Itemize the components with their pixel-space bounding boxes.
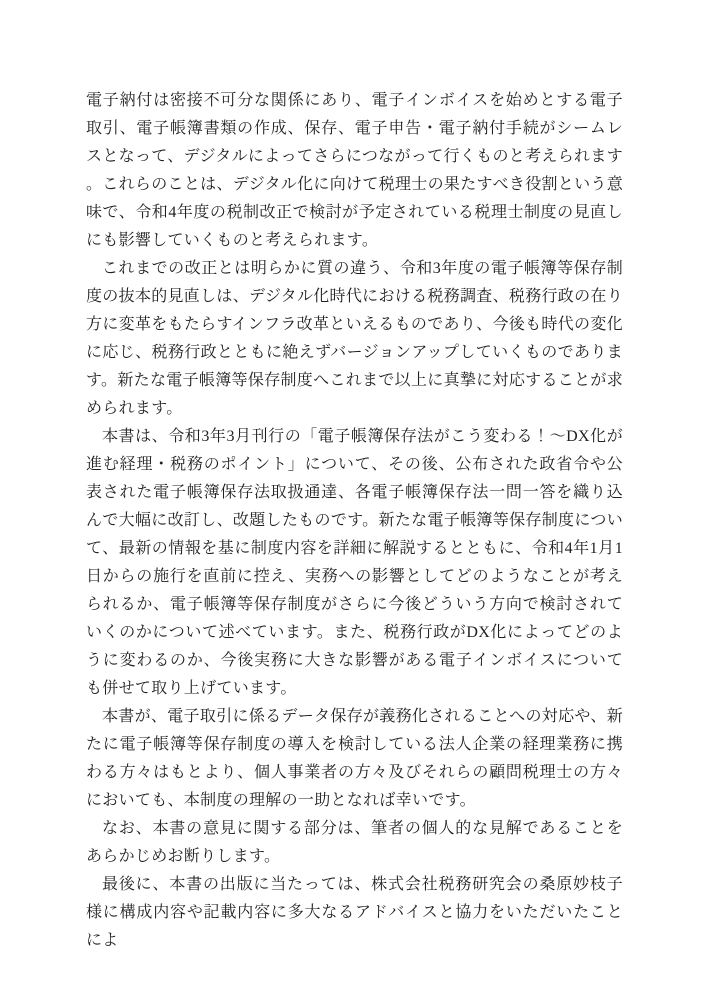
document-page: 電子納付は密接不可分な関係にあり、電子インボイスを始めとする電子取引、電子帳簿書… <box>0 0 704 1000</box>
paragraph-about-this-book: 本書は、令和3年3月刊行の「電子帳簿保存法がこう変わる！～DX化が進む経理・税務… <box>86 423 623 703</box>
paragraph-acknowledgements: 最後に、本書の出版に当たっては、株式会社税務研究会の桑原妙枝子様に構成内容や記載… <box>86 871 623 955</box>
paragraph-reiwa3-revision: これまでの改正とは明らかに質の違う、令和3年度の電子帳簿等保存制度の抜本的見直し… <box>86 255 623 423</box>
paragraph-disclaimer: なお、本書の意見に関する部分は、筆者の個人的な見解であることをあらかじめお断りし… <box>86 815 623 871</box>
body-text: 電子納付は密接不可分な関係にあり、電子インボイスを始めとする電子取引、電子帳簿書… <box>86 87 623 955</box>
paragraph-intended-readers: 本書が、電子取引に係るデータ保存が義務化されることへの対応や、新たに電子帳簿等保… <box>86 703 623 815</box>
paragraph-continuation: 電子納付は密接不可分な関係にあり、電子インボイスを始めとする電子取引、電子帳簿書… <box>86 87 623 255</box>
